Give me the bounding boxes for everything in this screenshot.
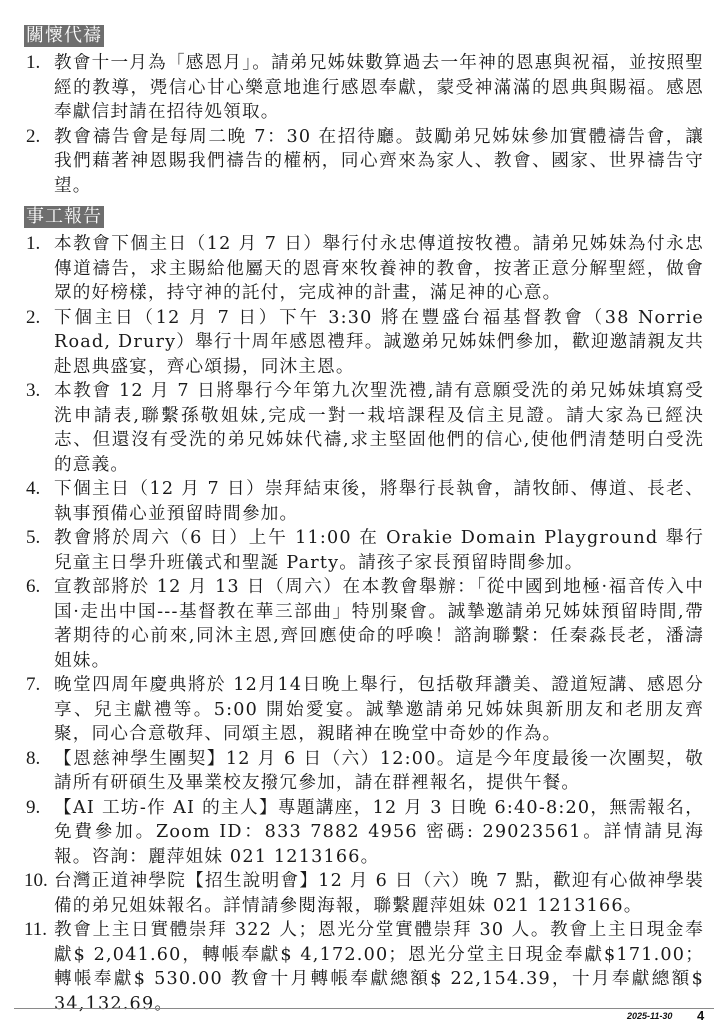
item-text: 宣教部將於 12 月 13 日（周六）在本教會舉辦：「從中國到地極·福音传入中国… (54, 575, 704, 673)
item-number: 8. (26, 747, 40, 772)
item-number: 10. (24, 869, 48, 894)
section-ministry-report: 事工報告 1. 本教會下個主日（12 月 7 日）舉行付永忠傳道按牧禮。請弟兄姊… (24, 206, 704, 1016)
list-item: 10. 台灣正道神學院【招生說明會】12 月 6 日（六）晚 7 點，歡迎有心做… (24, 869, 704, 918)
item-number: 2. (26, 125, 40, 150)
item-number: 1. (26, 51, 40, 76)
list-item: 11. 教會上主日實體崇拜 322 人；恩光分堂實體崇拜 30 人。教會上主日現… (24, 918, 704, 1016)
item-number: 9. (26, 796, 40, 821)
section-prayer-concerns: 關懷代禱 1. 教會十一月為「感恩月」。請弟兄姊妹數算過去一年神的恩惠與祝福，並… (24, 25, 704, 198)
footer-date: 2025-11-30 (627, 1011, 672, 1021)
prayer-list: 1. 教會十一月為「感恩月」。請弟兄姊妹數算過去一年神的恩惠與祝福，並按照聖經的… (24, 51, 704, 198)
list-item: 1. 教會十一月為「感恩月」。請弟兄姊妹數算過去一年神的恩惠與祝福，並按照聖經的… (24, 51, 704, 125)
item-text: 教會十一月為「感恩月」。請弟兄姊妹數算過去一年神的恩惠與祝福，並按照聖經的教導，… (54, 51, 704, 125)
list-item: 1. 本教會下個主日（12 月 7 日）舉行付永忠傳道按牧禮。請弟兄姊妹為付永忠… (24, 232, 704, 306)
item-text: 本教會 12 月 7 日將舉行今年第九次聖洗禮,請有意願受洗的弟兄姊妹填寫受洗申… (54, 379, 704, 477)
section-header-prayer-concerns: 關懷代禱 (24, 25, 104, 47)
list-item: 2. 下個主日（12 月 7 日）下午 3:30 將在豐盛台福基督教會（38 N… (24, 306, 704, 380)
item-text: 下個主日（12 月 7 日）崇拜結束後，將舉行長執會，請牧師、傳道、長老、執事預… (54, 477, 704, 526)
bulletin-page: 關懷代禱 1. 教會十一月為「感恩月」。請弟兄姊妹數算過去一年神的恩惠與祝福，並… (0, 0, 724, 1024)
item-number: 3. (26, 379, 40, 404)
list-item: 5. 教會將於周六（6 日）上午 11:00 在 Orakie Domain P… (24, 526, 704, 575)
item-number: 2. (26, 306, 40, 331)
list-item: 8. 【恩慈神學生團契】12 月 6 日（六）12:00。這是今年度最後一次團契… (24, 747, 704, 796)
item-text: 教會將於周六（6 日）上午 11:00 在 Orakie Domain Play… (54, 526, 704, 575)
item-number: 1. (26, 232, 40, 257)
list-item: 6. 宣教部將於 12 月 13 日（周六）在本教會舉辦：「從中國到地極·福音传… (24, 575, 704, 673)
item-text: 晚堂四周年慶典將於 12月14日晚上舉行，包括敬拜讚美、證道短講、感恩分享、兒主… (54, 673, 704, 747)
item-text: 【AI 工坊-作 AI 的主人】專題講座，12 月 3 日晚 6:40-8:20… (54, 796, 704, 870)
list-item: 7. 晚堂四周年慶典將於 12月14日晚上舉行，包括敬拜讚美、證道短講、感恩分享… (24, 673, 704, 747)
item-number: 6. (26, 575, 40, 600)
item-text: 本教會下個主日（12 月 7 日）舉行付永忠傳道按牧禮。請弟兄姊妹為付永忠傳道禱… (54, 232, 704, 306)
page-number: 4 (697, 1008, 704, 1023)
item-number: 11. (24, 918, 47, 943)
footer-divider (14, 1008, 714, 1009)
item-number: 4. (26, 477, 40, 502)
item-text: 【恩慈神學生團契】12 月 6 日（六）12:00。這是今年度最後一次團契，敬請… (54, 747, 704, 796)
item-text: 教會上主日實體崇拜 322 人；恩光分堂實體崇拜 30 人。教會上主日現金奉獻$… (54, 918, 704, 1016)
section-header-ministry-report: 事工報告 (24, 206, 104, 228)
list-item: 4. 下個主日（12 月 7 日）崇拜結束後，將舉行長執會，請牧師、傳道、長老、… (24, 477, 704, 526)
list-item: 2. 教會禱告會是每周二晚 7：30 在招待廳。鼓勵弟兄姊妹參加實體禱告會，讓我… (24, 125, 704, 199)
item-text: 台灣正道神學院【招生說明會】12 月 6 日（六）晚 7 點，歡迎有心做神學裝備… (54, 869, 704, 918)
item-number: 5. (26, 526, 40, 551)
list-item: 3. 本教會 12 月 7 日將舉行今年第九次聖洗禮,請有意願受洗的弟兄姊妹填寫… (24, 379, 704, 477)
report-list: 1. 本教會下個主日（12 月 7 日）舉行付永忠傳道按牧禮。請弟兄姊妹為付永忠… (24, 232, 704, 1016)
item-number: 7. (26, 673, 40, 698)
item-text: 下個主日（12 月 7 日）下午 3:30 將在豐盛台福基督教會（38 Norr… (54, 306, 704, 380)
item-text: 教會禱告會是每周二晚 7：30 在招待廳。鼓勵弟兄姊妹參加實體禱告會，讓我們藉著… (54, 125, 704, 199)
list-item: 9. 【AI 工坊-作 AI 的主人】專題講座，12 月 3 日晚 6:40-8… (24, 796, 704, 870)
